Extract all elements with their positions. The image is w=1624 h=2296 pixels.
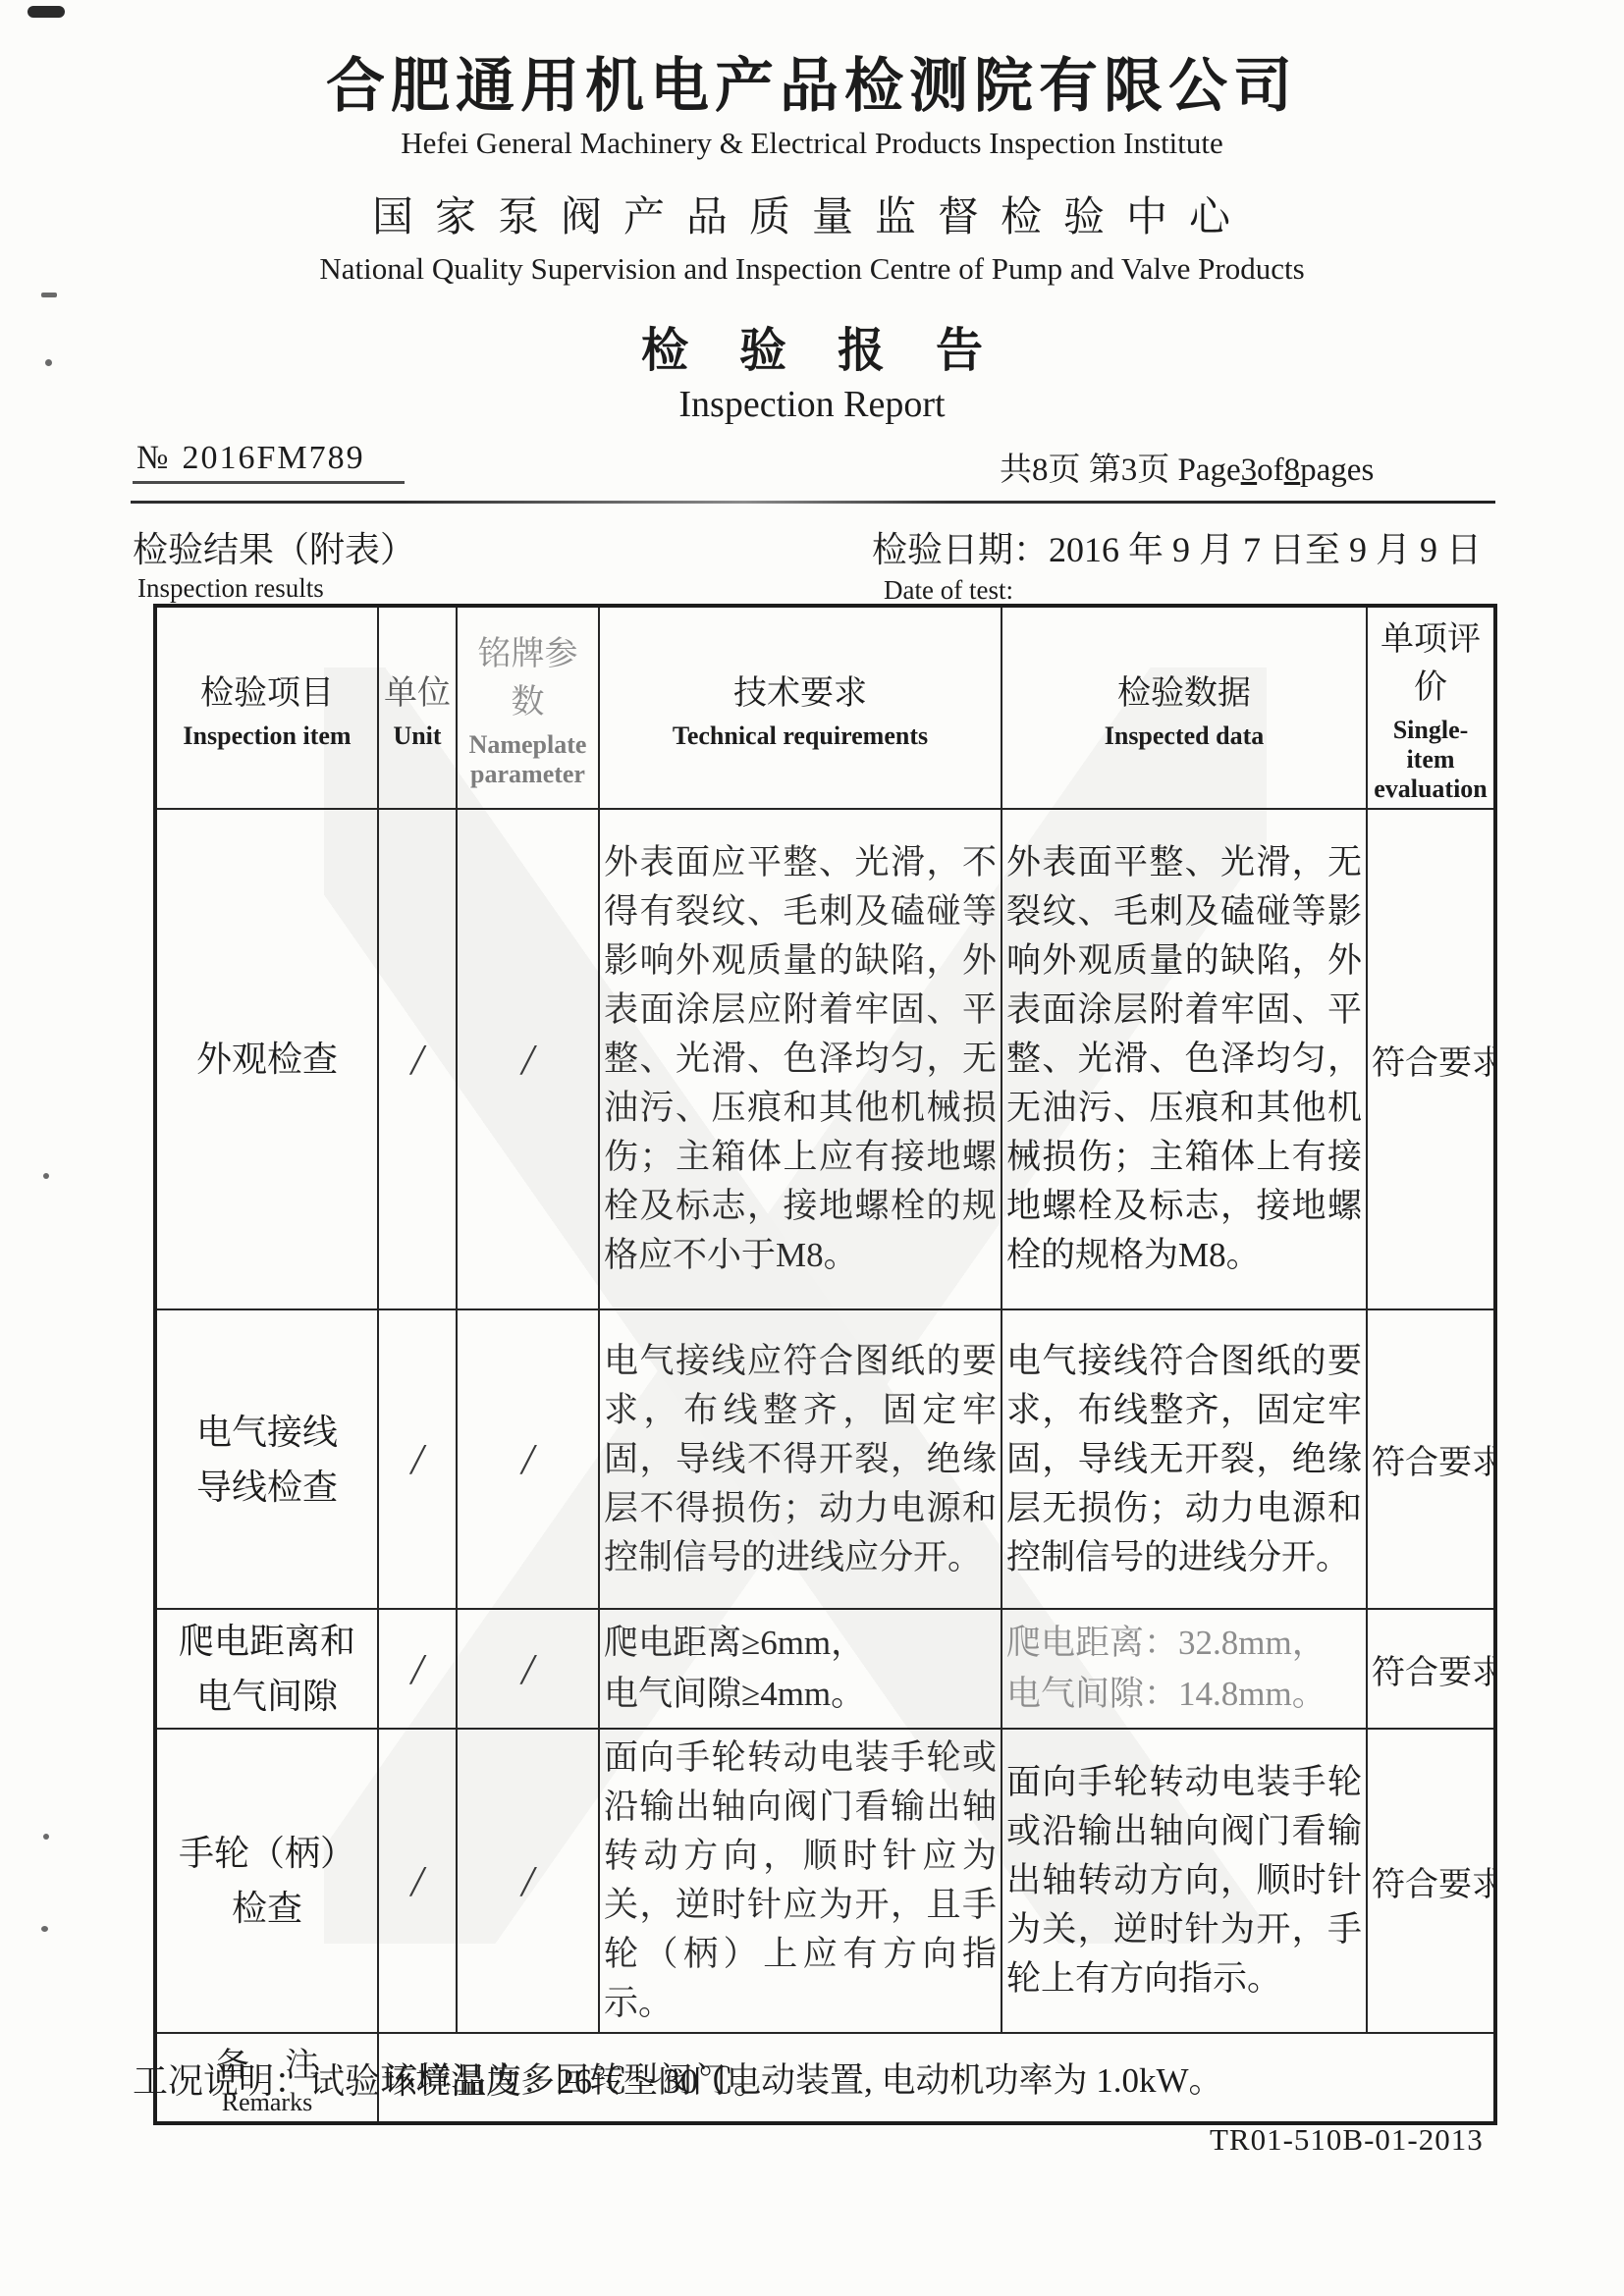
test-date-label: 检验日期：: [872, 530, 1049, 569]
report-number: №2016FM789: [133, 440, 405, 484]
col-header-unit: 单位 Unit: [378, 606, 457, 809]
row-evaluation: 符合要求: [1367, 1729, 1495, 2033]
inspection-center-cn: 国家泵阀产品质量监督检验中心: [0, 185, 1624, 243]
divider-line: [131, 501, 1495, 504]
table-row-handwheel: 手轮（柄） 检查 / / 面向手轮转动电装手轮或沿输出轴向阀门看输出轴转动方向，…: [155, 1729, 1495, 2033]
results-label-cn: 检验结果（附表）: [133, 522, 415, 572]
row-item: 手轮（柄） 检查: [155, 1729, 378, 2033]
row-requirement: 外表面应平整、光滑，不得有裂纹、毛刺及磕碰等影响外观质量的缺陷，外表面涂层应附着…: [599, 809, 1001, 1309]
row-data: 爬电距离：32.8mm， 电气间隙：14.8mm。: [1001, 1609, 1367, 1729]
inspection-results-table: 检验项目 Inspection item 单位 Unit 铭牌参数 Namepl…: [153, 604, 1497, 2125]
page-total: 8: [1284, 453, 1301, 488]
scan-artifact: [41, 293, 57, 297]
pages-word: pages: [1300, 453, 1374, 488]
row-evaluation: 符合要求: [1367, 1309, 1495, 1609]
page-word: Page: [1178, 453, 1241, 488]
report-title-cn: 检验报告: [0, 312, 1624, 380]
operating-condition-note: 工况说明：试验环境温度：26℃～30℃。: [133, 2054, 769, 2104]
row-unit: /: [378, 1729, 457, 2033]
row-unit: /: [378, 809, 457, 1309]
row-nameplate: /: [457, 1729, 599, 2033]
scan-artifact: [43, 1173, 49, 1179]
row-item: 外观检查: [155, 809, 378, 1309]
inspection-report-page: 合肥通用机电产品检测院有限公司 Hefei General Machinery …: [0, 0, 1624, 2296]
row-data: 外表面平整、光滑，无裂纹、毛刺及磕碰等影响外观质量的缺陷，外表面涂层附着牢固、平…: [1001, 809, 1367, 1309]
report-number-value: 2016FM789: [182, 440, 364, 476]
row-data: 电气接线符合图纸的要求，布线整齐，固定牢固，导线无开裂，绝缘层无损伤；动力电源和…: [1001, 1309, 1367, 1609]
form-code: TR01-510B-01-2013: [1210, 2122, 1484, 2158]
col-header-item: 检验项目 Inspection item: [155, 606, 378, 809]
page-indicator-cn: 共8页 第3页: [1000, 453, 1169, 488]
company-name-cn: 合肥通用机电产品检测院有限公司: [0, 39, 1624, 124]
company-name-en: Hefei General Machinery & Electrical Pro…: [0, 126, 1624, 161]
scan-artifact: [27, 6, 65, 18]
col-header-nameplate: 铭牌参数 Nameplate parameter: [457, 606, 599, 809]
row-nameplate: /: [457, 1609, 599, 1729]
scan-artifact: [41, 1926, 48, 1932]
report-title-en: Inspection Report: [0, 383, 1624, 426]
report-number-label: №: [136, 440, 168, 476]
row-requirement: 电气接线应符合图纸的要求，布线整齐，固定牢固，导线不得开裂，绝缘层不得损伤；动力…: [599, 1309, 1001, 1609]
scan-artifact: [43, 1834, 49, 1840]
table-header-row: 检验项目 Inspection item 单位 Unit 铭牌参数 Namepl…: [155, 606, 1495, 809]
results-label-en: Inspection results: [137, 573, 324, 604]
row-item: 爬电距离和 电气间隙: [155, 1609, 378, 1729]
table-row-creepage: 爬电距离和 电气间隙 / / 爬电距离≥6mm， 电气间隙≥4mm。 爬电距离：…: [155, 1609, 1495, 1729]
row-evaluation: 符合要求: [1367, 809, 1495, 1309]
row-requirement: 面向手轮转动电装手轮或沿输出轴向阀门看输出轴转动方向，顺时针应为关，逆时针应为开…: [599, 1729, 1001, 2033]
row-requirement: 爬电距离≥6mm， 电气间隙≥4mm。: [599, 1609, 1001, 1729]
row-unit: /: [378, 1609, 457, 1729]
row-nameplate: /: [457, 809, 599, 1309]
row-evaluation: 符合要求: [1367, 1609, 1495, 1729]
row-nameplate: /: [457, 1309, 599, 1609]
page-current: 3: [1241, 453, 1258, 488]
row-item: 电气接线 导线检查: [155, 1309, 378, 1609]
of-word: of: [1257, 453, 1284, 488]
col-header-data: 检验数据 Inspected data: [1001, 606, 1367, 809]
row-unit: /: [378, 1309, 457, 1609]
page-indicator: 共8页 第3页 Page3of8pages: [1000, 444, 1374, 490]
table-row-wiring: 电气接线 导线检查 / / 电气接线应符合图纸的要求，布线整齐，固定牢固，导线不…: [155, 1309, 1495, 1609]
row-data: 面向手轮转动电装手轮或沿输出轴向阀门看输出轴转动方向，顺时针为关，逆时针为开，手…: [1001, 1729, 1367, 2033]
test-date-value: 2016 年 9 月 7 日至 9 月 9 日: [1049, 530, 1482, 569]
inspection-center-en: National Quality Supervision and Inspect…: [0, 251, 1624, 287]
table-row-appearance: 外观检查 / / 外表面应平整、光滑，不得有裂纹、毛刺及磕碰等影响外观质量的缺陷…: [155, 809, 1495, 1309]
col-header-evaluation: 单项评价 Single-item evaluation: [1367, 606, 1495, 809]
test-date: 检验日期：2016 年 9 月 7 日至 9 月 9 日: [872, 522, 1482, 572]
col-header-requirements: 技术要求 Technical requirements: [599, 606, 1001, 809]
test-date-label-en: Date of test:: [884, 575, 1013, 606]
